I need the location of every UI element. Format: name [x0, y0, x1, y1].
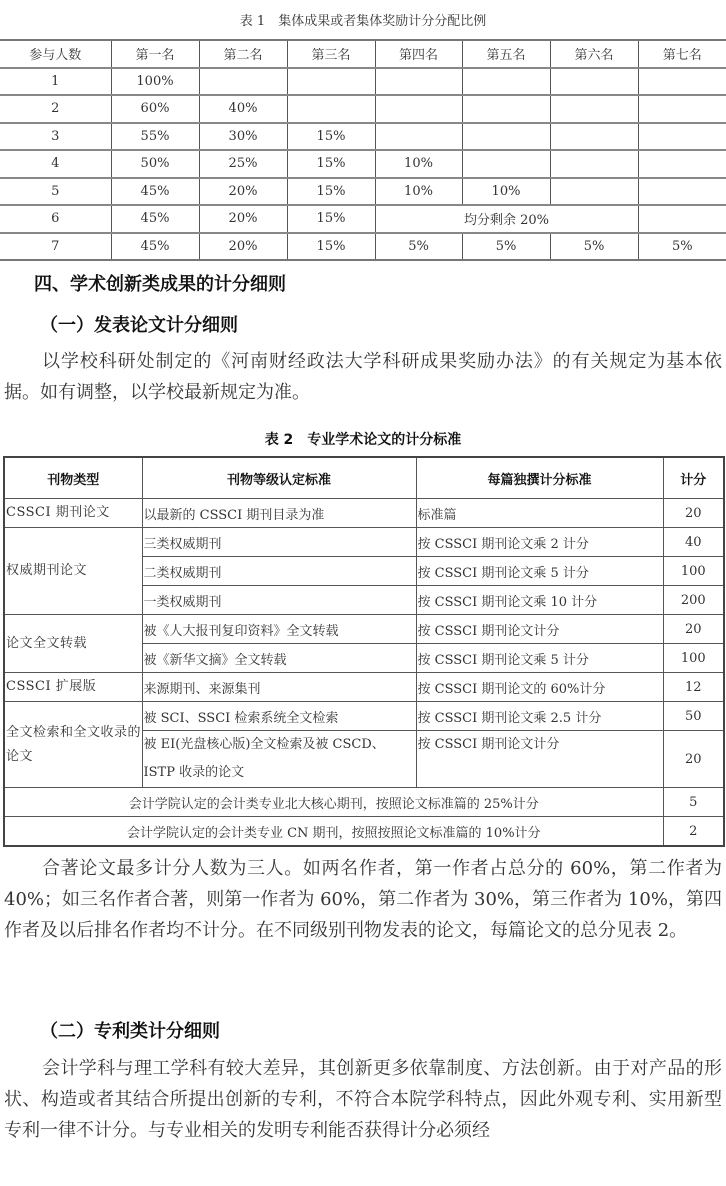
table-cell: 60%	[111, 95, 199, 123]
header-cell: 第六名	[550, 40, 638, 68]
table-cell: 15%	[287, 233, 375, 261]
table-cell	[287, 68, 375, 96]
table-row: 论文全文转载 被《人大报刊复印资料》全文转载 按 CSSCI 期刊论文计分 20	[4, 615, 724, 644]
table-cell: 20%	[199, 233, 287, 261]
table-cell	[638, 150, 726, 178]
header-cell: 每篇独撰计分标准	[416, 457, 663, 499]
header-cell: 计分	[663, 457, 724, 499]
section-heading: 四、学术创新类成果的计分细则	[34, 270, 286, 296]
score-cell: 12	[663, 673, 724, 702]
header-cell: 参与人数	[0, 40, 111, 68]
table-cell: 5%	[550, 233, 638, 261]
table-cell: 5%	[462, 233, 550, 261]
table-cell	[199, 68, 287, 96]
table-cell: 15%	[287, 123, 375, 151]
table-cell	[462, 95, 550, 123]
subsection-heading: （一）发表论文计分细则	[40, 311, 238, 337]
table-cell: 5%	[375, 233, 462, 261]
rule-cell: 按 CSSCI 期刊论文乘 10 计分	[416, 586, 663, 615]
table-cell	[638, 205, 726, 233]
table-row: CSSCI 期刊论文 以最新的 CSSCI 期刊目录为准 标准篇 20	[4, 499, 724, 528]
rule-cell: 按 CSSCI 期刊论文计分	[416, 615, 663, 644]
header-cell: 刊物类型	[4, 457, 142, 499]
table-cell: 7	[0, 233, 111, 261]
table-row: 会计学院认定的会计类专业北大核心期刊，按照论文标准篇的 25%计分 5	[4, 788, 724, 817]
score-cell: 50	[663, 702, 724, 731]
table1-caption: 表 1 集体成果或者集体奖励计分分配比例	[0, 10, 726, 29]
score-cell: 20	[663, 731, 724, 788]
score-cell: 40	[663, 528, 724, 557]
table-cell: 5%	[638, 233, 726, 261]
table-cell	[638, 95, 726, 123]
standard-cell: 来源期刊、来源集刊	[142, 673, 416, 702]
table-cell	[375, 95, 462, 123]
header-cell: 第七名	[638, 40, 726, 68]
merged-rule-cell: 会计学院认定的会计类专业 CN 期刊，按照按照论文标准篇的 10%计分	[4, 817, 663, 847]
table-cell: 40%	[199, 95, 287, 123]
table-cell: 15%	[287, 150, 375, 178]
standard-cell: 被 SCI、SSCI 检索系统全文检索	[142, 702, 416, 731]
table-cell: 4	[0, 150, 111, 178]
table-cell: 15%	[287, 178, 375, 206]
journal-type-cell: CSSCI 扩展版	[4, 673, 142, 702]
table-cell: 2	[0, 95, 111, 123]
table-cell: 50%	[111, 150, 199, 178]
coauthor-paragraph: 合著论文最多计分人数为三人。如两名作者，第一作者占总分的 60%，第二作者为 4…	[4, 853, 722, 946]
standard-cell: 二类权威期刊	[142, 557, 416, 586]
table-cell	[550, 178, 638, 206]
table-cell	[375, 123, 462, 151]
allocation-table: 参与人数 第一名 第二名 第三名 第四名 第五名 第六名 第七名 1 100% …	[0, 39, 726, 261]
table-row: 权威期刊论文 三类权威期刊 按 CSSCI 期刊论文乘 2 计分 40	[4, 528, 724, 557]
intro-paragraph: 以学校科研处制定的《河南财经政法大学科研成果奖励办法》的有关规定为基本依据。如有…	[4, 346, 722, 408]
standard-cell: 以最新的 CSSCI 期刊目录为准	[142, 499, 416, 528]
header-cell: 第四名	[375, 40, 462, 68]
table-row: 1 100%	[0, 68, 726, 96]
table-header-row: 参与人数 第一名 第二名 第三名 第四名 第五名 第六名 第七名	[0, 40, 726, 68]
score-cell: 20	[663, 615, 724, 644]
standard-cell: 被《人大报刊复印资料》全文转载	[142, 615, 416, 644]
table-cell: 20%	[199, 205, 287, 233]
score-cell: 20	[663, 499, 724, 528]
header-cell: 刊物等级认定标准	[142, 457, 416, 499]
table-cell: 20%	[199, 178, 287, 206]
header-cell: 第一名	[111, 40, 199, 68]
table-cell: 55%	[111, 123, 199, 151]
table-row: 3 55% 30% 15%	[0, 123, 726, 151]
table-cell	[638, 123, 726, 151]
table-cell: 1	[0, 68, 111, 96]
rule-cell: 按 CSSCI 期刊论文的 60%计分	[416, 673, 663, 702]
standard-cell: 三类权威期刊	[142, 528, 416, 557]
table-cell: 45%	[111, 205, 199, 233]
table-cell	[462, 150, 550, 178]
rule-cell: 按 CSSCI 期刊论文乘 5 计分	[416, 644, 663, 673]
table-cell: 45%	[111, 178, 199, 206]
table2-caption: 表 2 专业学术论文的计分标准	[0, 429, 726, 449]
journal-type-cell: 权威期刊论文	[4, 528, 142, 615]
table-cell: 25%	[199, 150, 287, 178]
table-row: 2 60% 40%	[0, 95, 726, 123]
table-cell: 3	[0, 123, 111, 151]
table-row: 会计学院认定的会计类专业 CN 期刊，按照按照论文标准篇的 10%计分 2	[4, 817, 724, 847]
rule-cell: 按 CSSCI 期刊论文乘 2.5 计分	[416, 702, 663, 731]
table-row: 6 45% 20% 15% 均分剩余 20%	[0, 205, 726, 233]
table-cell: 10%	[462, 178, 550, 206]
table-cell: 5	[0, 178, 111, 206]
table-cell	[550, 95, 638, 123]
header-cell: 第三名	[287, 40, 375, 68]
table-row: 4 50% 25% 15% 10%	[0, 150, 726, 178]
table-cell	[638, 68, 726, 96]
merged-cell-remaining: 均分剩余 20%	[375, 205, 638, 233]
score-cell: 5	[663, 788, 724, 817]
table-row: 全文检索和全文收录的论文 被 SCI、SSCI 检索系统全文检索 按 CSSCI…	[4, 702, 724, 731]
score-cell: 100	[663, 644, 724, 673]
table-cell	[462, 123, 550, 151]
table-cell: 10%	[375, 178, 462, 206]
table-cell	[550, 150, 638, 178]
merged-rule-cell: 会计学院认定的会计类专业北大核心期刊，按照论文标准篇的 25%计分	[4, 788, 663, 817]
rule-cell: 按 CSSCI 期刊论文乘 2 计分	[416, 528, 663, 557]
table-cell	[550, 123, 638, 151]
journal-type-cell: 论文全文转载	[4, 615, 142, 673]
table-cell: 30%	[199, 123, 287, 151]
table-cell	[375, 68, 462, 96]
table-row: 7 45% 20% 15% 5% 5% 5% 5%	[0, 233, 726, 261]
standard-cell: 被《新华文摘》全文转载	[142, 644, 416, 673]
table-cell: 100%	[111, 68, 199, 96]
subsection-heading: （二）专利类计分细则	[40, 1017, 220, 1043]
table-cell: 10%	[375, 150, 462, 178]
header-cell: 第五名	[462, 40, 550, 68]
patent-paragraph: 会计学科与理工学科有较大差异，其创新更多依靠制度、方法创新。由于对产品的形状、构…	[4, 1053, 722, 1146]
table-cell	[287, 95, 375, 123]
standard-cell: 一类权威期刊	[142, 586, 416, 615]
table-cell: 6	[0, 205, 111, 233]
score-cell: 2	[663, 817, 724, 847]
table-cell	[550, 68, 638, 96]
table-row: CSSCI 扩展版 来源期刊、来源集刊 按 CSSCI 期刊论文的 60%计分 …	[4, 673, 724, 702]
table-header-row: 刊物类型 刊物等级认定标准 每篇独撰计分标准 计分	[4, 457, 724, 499]
journal-type-cell: CSSCI 期刊论文	[4, 499, 142, 528]
score-cell: 100	[663, 557, 724, 586]
journal-type-cell: 全文检索和全文收录的论文	[4, 702, 142, 788]
score-cell: 200	[663, 586, 724, 615]
table-row: 5 45% 20% 15% 10% 10%	[0, 178, 726, 206]
header-cell: 第二名	[199, 40, 287, 68]
rule-cell: 按 CSSCI 期刊论文乘 5 计分	[416, 557, 663, 586]
table-cell: 45%	[111, 233, 199, 261]
table-cell	[462, 68, 550, 96]
scoring-standard-table: 刊物类型 刊物等级认定标准 每篇独撰计分标准 计分 CSSCI 期刊论文 以最新…	[3, 456, 725, 847]
standard-cell: 被 EI(光盘核心版)全文检索及被 CSCD、ISTP 收录的论文	[142, 731, 416, 788]
rule-cell: 按 CSSCI 期刊论文计分	[416, 731, 663, 788]
table-cell	[638, 178, 726, 206]
rule-cell: 标准篇	[416, 499, 663, 528]
table-cell: 15%	[287, 205, 375, 233]
